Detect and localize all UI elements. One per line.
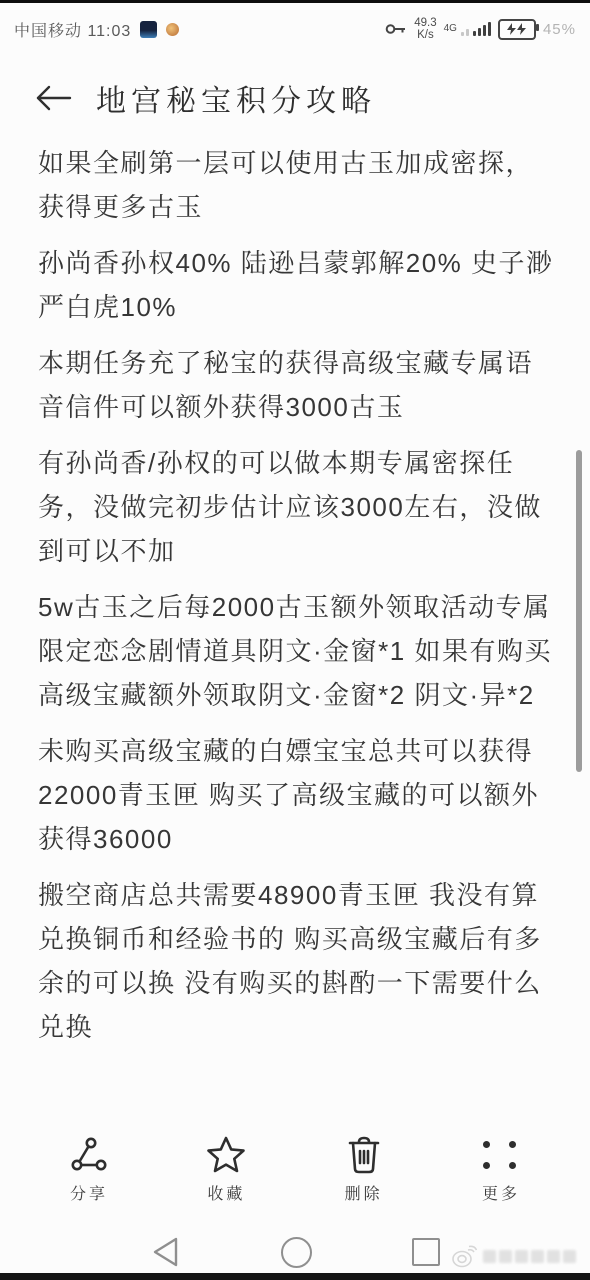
- nav-recents-square-icon[interactable]: [412, 1238, 440, 1266]
- weibo-watermark: [451, 1244, 576, 1268]
- note-header: 地宫秘宝积分攻略: [34, 76, 560, 120]
- signal-bars-icon: [473, 22, 491, 36]
- status-bar-right: 49.3 K/s 4G 45%: [385, 17, 576, 41]
- bottom-toolbar: 分享 收藏 删除: [0, 1136, 590, 1204]
- favorite-label: 收藏: [207, 1181, 245, 1204]
- network-speed-unit: K/s: [417, 29, 434, 41]
- note-paragraph: 孙尚香孙权40% 陆逊吕蒙郭解20% 史子渺严白虎10%: [38, 241, 554, 329]
- signal-bars-sim2-icon: [461, 29, 469, 36]
- note-paragraph: 本期任务充了秘宝的获得高级宝藏专属语音信件可以额外获得3000古玉: [38, 341, 554, 429]
- page-title: 地宫秘宝积分攻略: [96, 76, 376, 120]
- delete-button[interactable]: 删除: [303, 1136, 425, 1204]
- note-content[interactable]: 如果全刷第一层可以使用古玉加成密探，获得更多古玉 孙尚香孙权40% 陆逊吕蒙郭解…: [38, 141, 554, 1061]
- share-icon: [70, 1136, 108, 1174]
- watermark-blurred-text: [483, 1250, 576, 1263]
- carrier-and-time: 中国移动 11:03: [14, 18, 131, 41]
- weibo-logo-icon: [451, 1244, 477, 1268]
- signal-indicator: 4G: [444, 22, 491, 36]
- share-label: 分享: [70, 1181, 108, 1204]
- nav-home-circle-icon[interactable]: [281, 1237, 312, 1268]
- note-paragraph: 有孙尚香/孙权的可以做本期专属密探任务，没做完初步估计应该3000左右，没做到可…: [38, 441, 554, 573]
- more-label: 更多: [482, 1181, 520, 1204]
- more-button[interactable]: 更多: [440, 1136, 562, 1204]
- status-bar: 中国移动 11:03 49.3 K/s 4G: [0, 8, 590, 50]
- note-paragraph: 未购买高级宝藏的白嫖宝宝总共可以获得22000青玉匣 购买了高级宝藏的可以额外获…: [38, 729, 554, 861]
- battery-percent: 45%: [543, 21, 576, 38]
- nav-back-triangle-icon[interactable]: [151, 1236, 181, 1268]
- back-arrow-icon[interactable]: [34, 85, 72, 111]
- notification-app-icon: [140, 21, 157, 38]
- notification-weather-icon: [166, 23, 179, 36]
- share-button[interactable]: 分享: [28, 1136, 150, 1204]
- network-speed: 49.3 K/s: [414, 17, 436, 41]
- vpn-key-icon: [385, 22, 407, 36]
- more-dots-icon: [483, 1136, 519, 1174]
- note-paragraph: 如果全刷第一层可以使用古玉加成密探，获得更多古玉: [38, 141, 554, 229]
- screen-top-edge: [0, 0, 590, 3]
- note-paragraph: 5w古玉之后每2000古玉额外领取活动专属限定恋念剧情道具阴文·金窗*1 如果有…: [38, 585, 554, 717]
- network-speed-value: 49.3: [414, 17, 436, 29]
- favorite-button[interactable]: 收藏: [165, 1136, 287, 1204]
- screen-bottom-edge: [0, 1273, 590, 1280]
- delete-label: 删除: [345, 1181, 383, 1204]
- status-bar-left: 中国移动 11:03: [14, 18, 179, 41]
- phone-screen: 中国移动 11:03 49.3 K/s 4G: [0, 0, 590, 1280]
- scrollbar-thumb[interactable]: [576, 450, 582, 772]
- network-type-label: 4G: [444, 23, 457, 34]
- battery-charging-icon: [498, 19, 536, 40]
- star-icon: [206, 1136, 246, 1174]
- trash-icon: [346, 1136, 382, 1174]
- note-paragraph: 搬空商店总共需要48900青玉匣 我没有算兑换铜币和经验书的 购买高级宝藏后有多…: [38, 873, 554, 1049]
